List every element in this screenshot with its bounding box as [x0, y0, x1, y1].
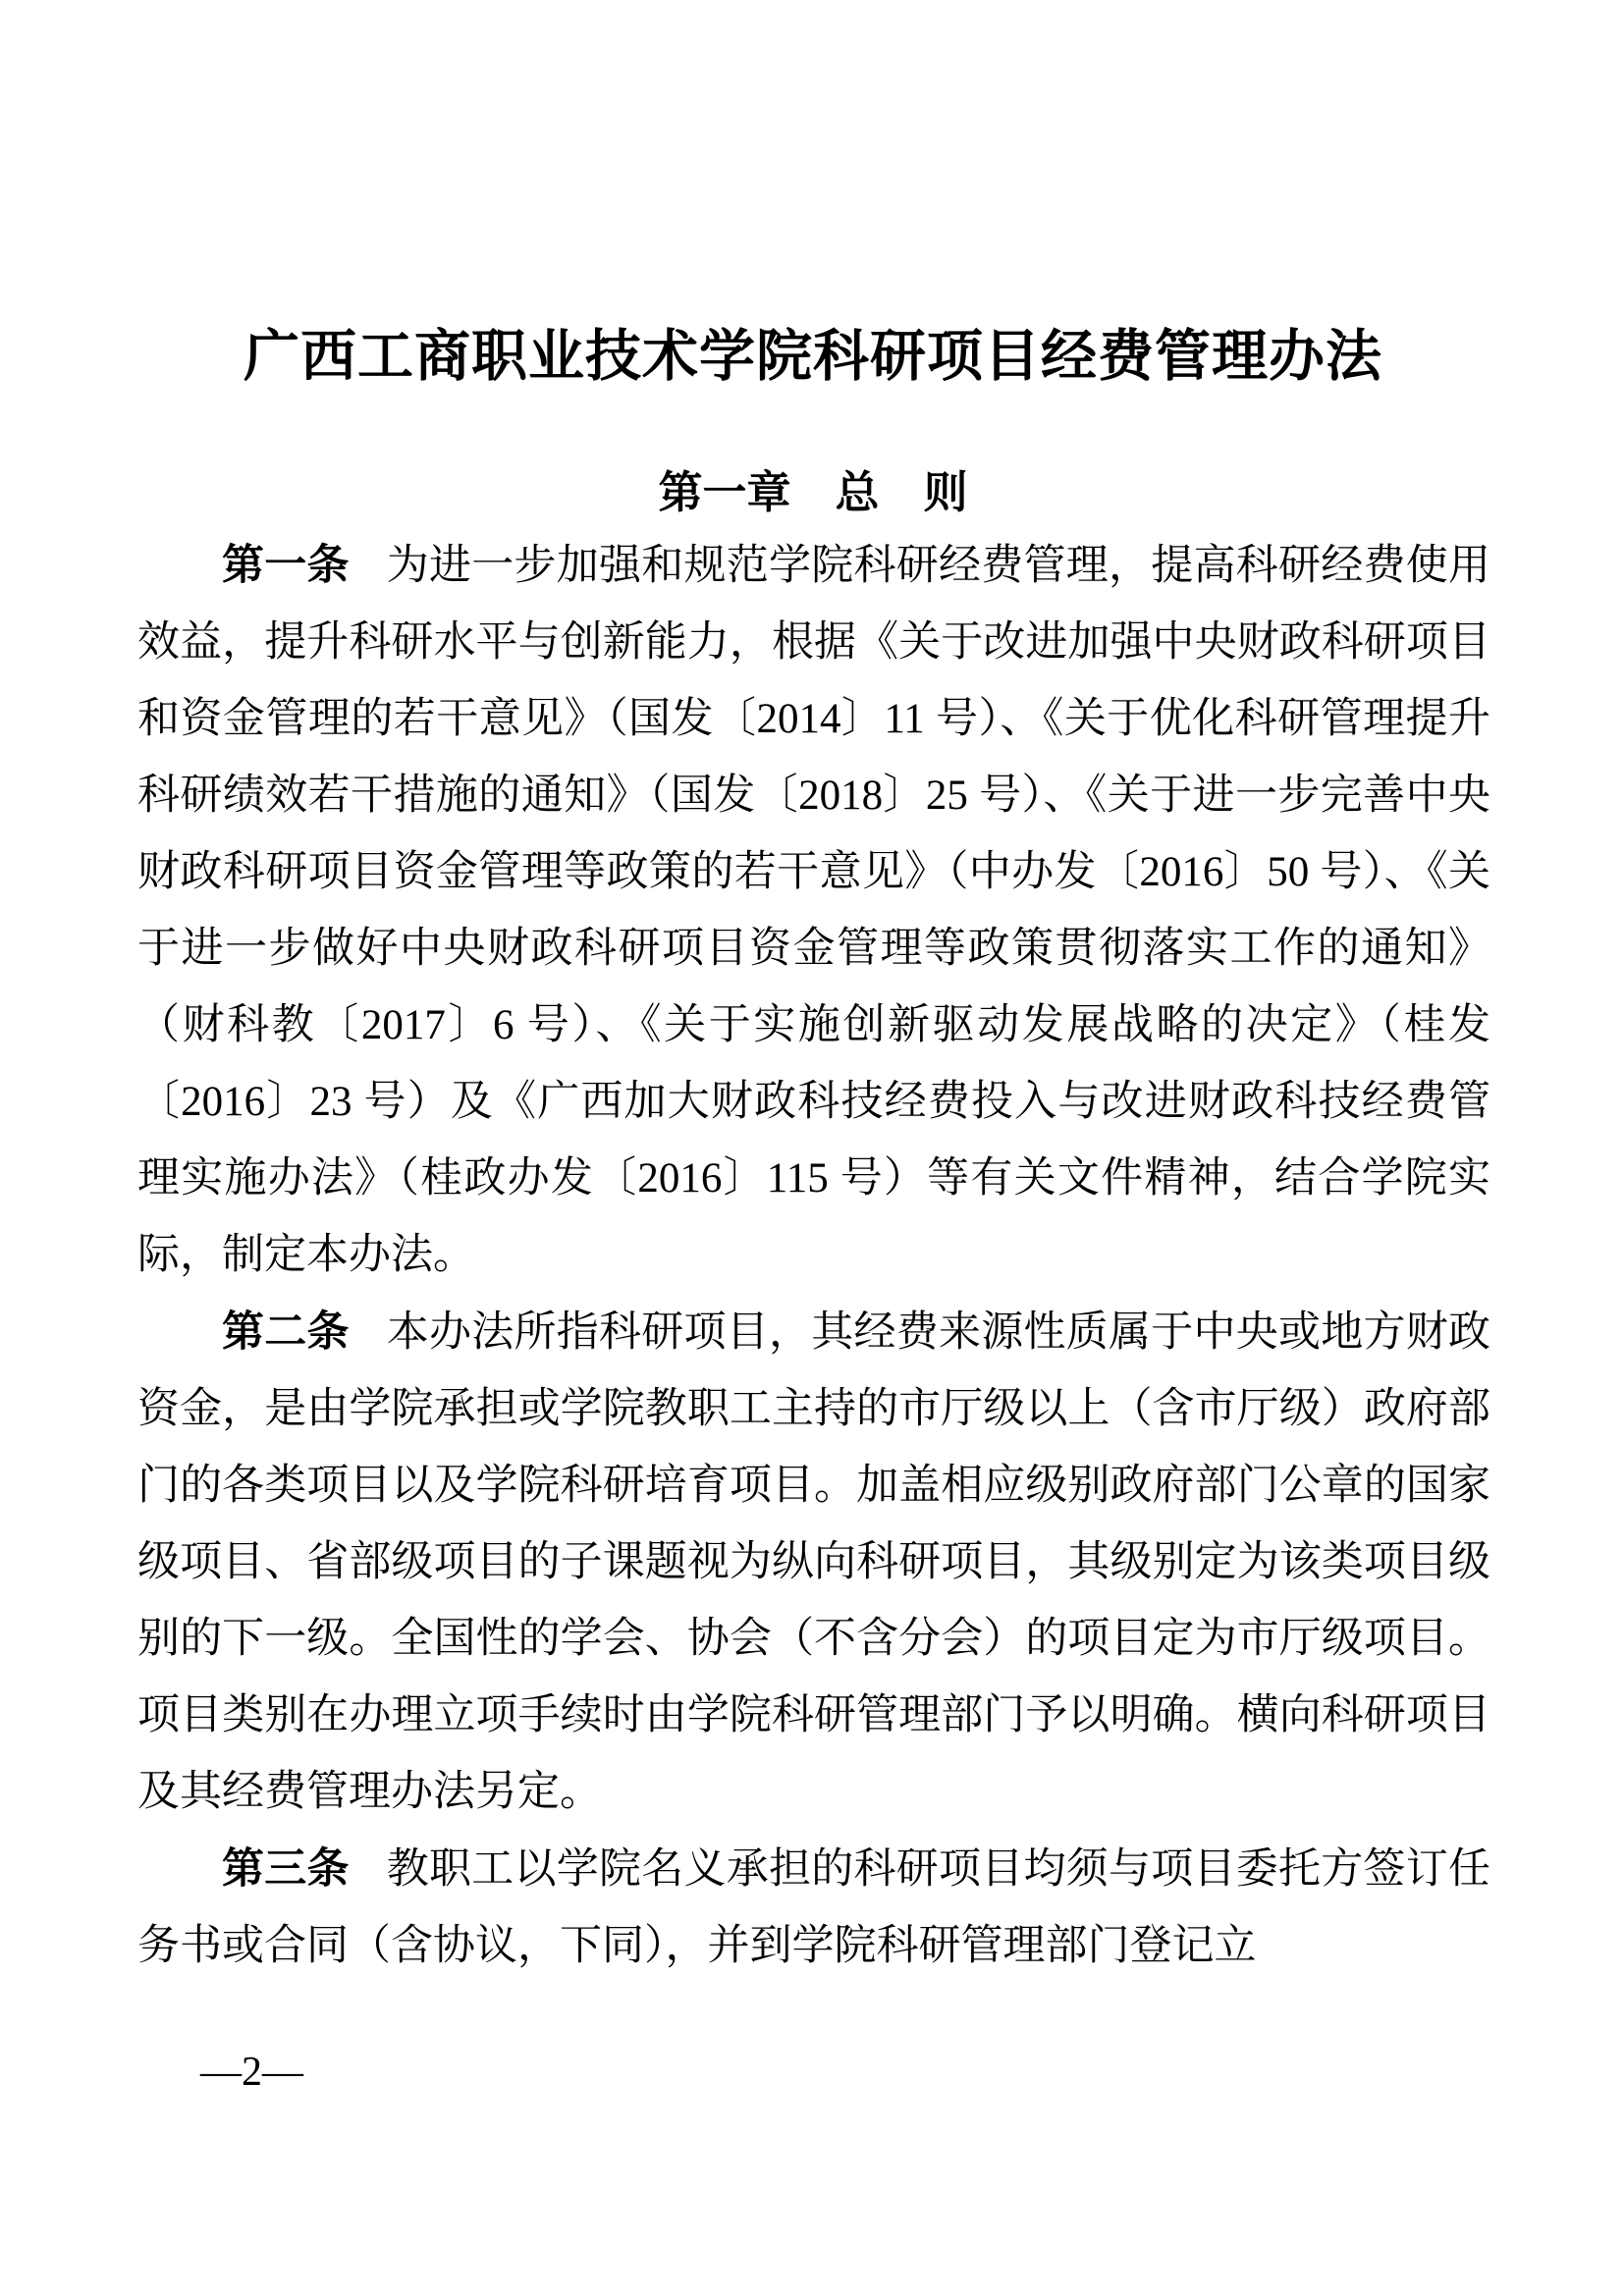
- document-body: 第一条为进一步加强和规范学院科研经费管理，提高科研经费使用效益，提升科研水平与创…: [137, 527, 1490, 1985]
- chapter-heading: 第一章 总 则: [135, 465, 1490, 520]
- article-3-label: 第三条: [222, 1845, 350, 1893]
- article-3: 第三条教职工以学院名义承担的科研项目均须与项目委托方签订任务书或合同（含协议，下…: [137, 1831, 1490, 1985]
- article-2-label: 第二条: [222, 1308, 350, 1356]
- article-1-label: 第一条: [222, 542, 350, 589]
- article-1-text: 为进一步加强和规范学院科研经费管理，提高科研经费使用效益，提升科研水平与创新能力…: [137, 543, 1490, 1278]
- article-2: 第二条本办法所指科研项目，其经费来源性质属于中央或地方财政资金，是由学院承担或学…: [137, 1294, 1490, 1831]
- document-title: 广西工商职业技术学院科研项目经费管理办法: [135, 322, 1490, 391]
- article-2-text: 本办法所指科研项目，其经费来源性质属于中央或地方财政资金，是由学院承担或学院教职…: [137, 1309, 1490, 1815]
- page-number: —2—: [200, 2048, 303, 2097]
- article-1: 第一条为进一步加强和规范学院科研经费管理，提高科研经费使用效益，提升科研水平与创…: [137, 527, 1490, 1294]
- document-page: 广西工商职业技术学院科研项目经费管理办法 第一章 总 则 第一条为进一步加强和规…: [0, 0, 1624, 2296]
